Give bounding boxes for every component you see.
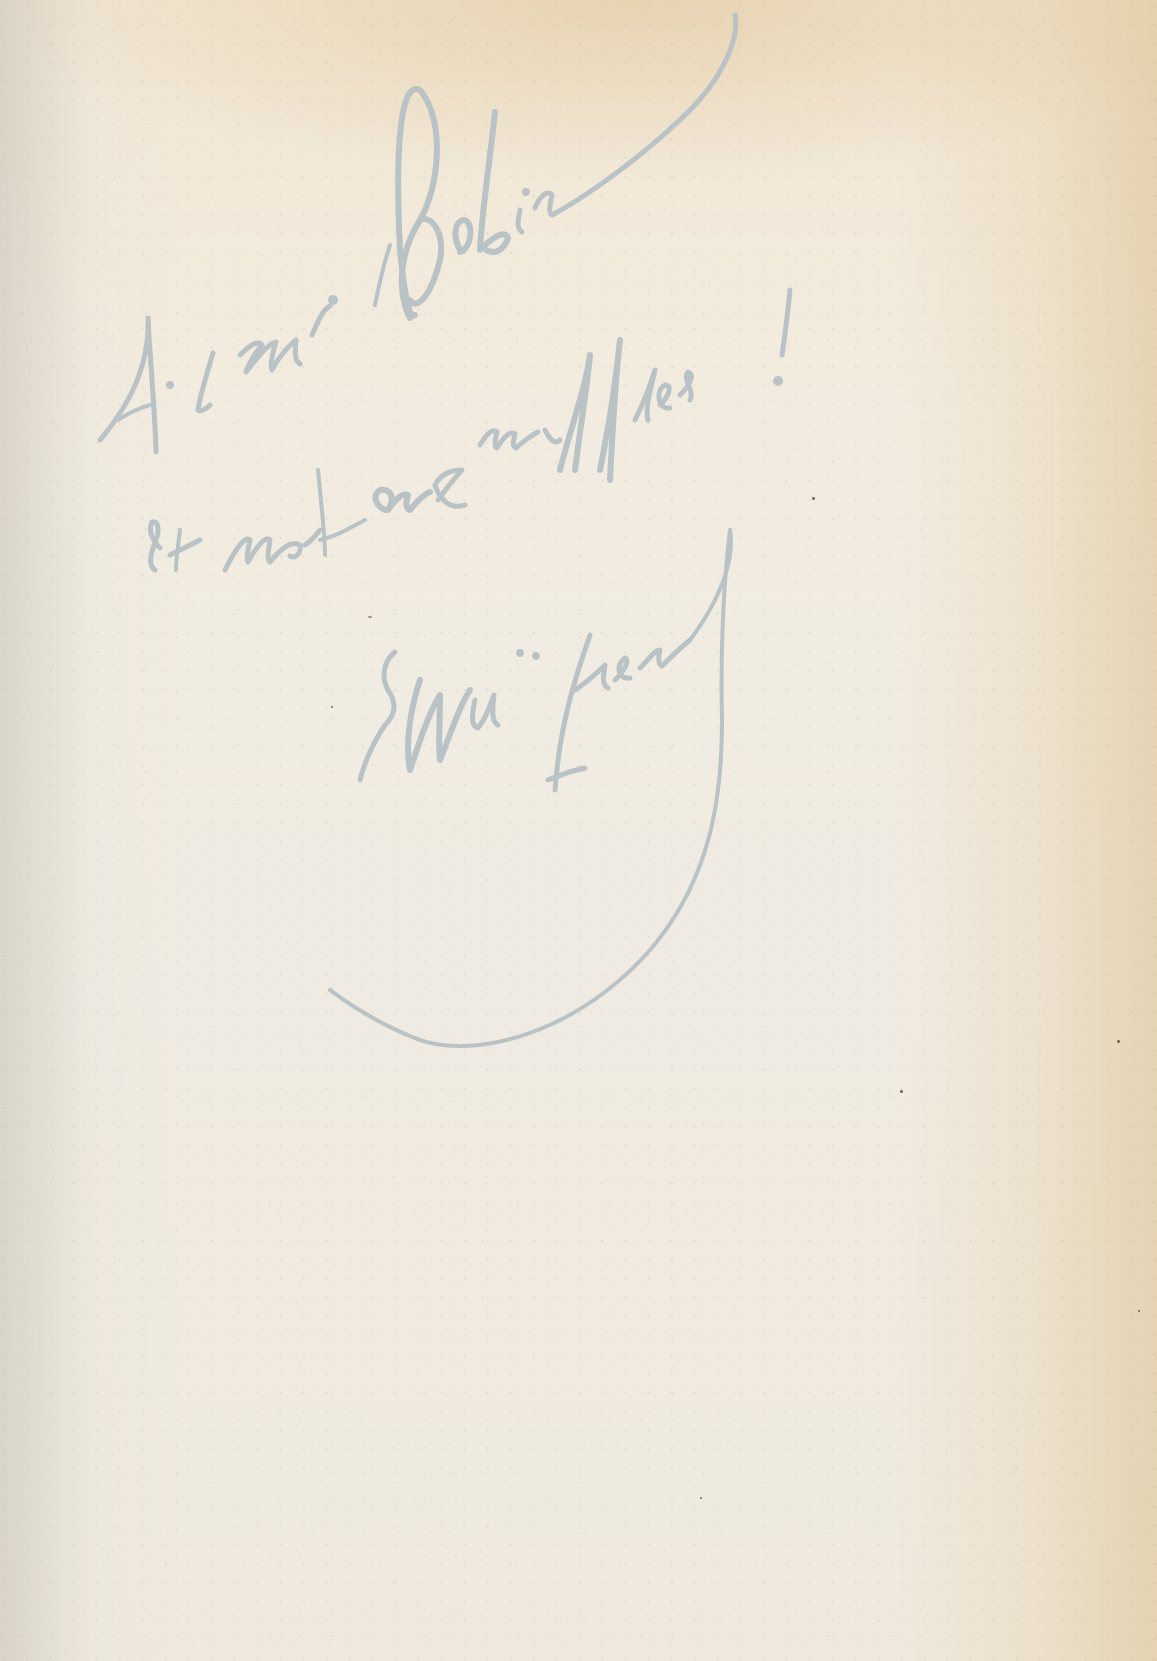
flyleaf-page: A l'ami Robin Et mort aux muffles! E. Mü… bbox=[0, 0, 1157, 1661]
dedication-line-1-strokes bbox=[100, 15, 736, 452]
signature-strokes bbox=[330, 530, 731, 1046]
dedication-line-2-strokes bbox=[150, 290, 790, 570]
handwriting-ink bbox=[0, 0, 1157, 1661]
